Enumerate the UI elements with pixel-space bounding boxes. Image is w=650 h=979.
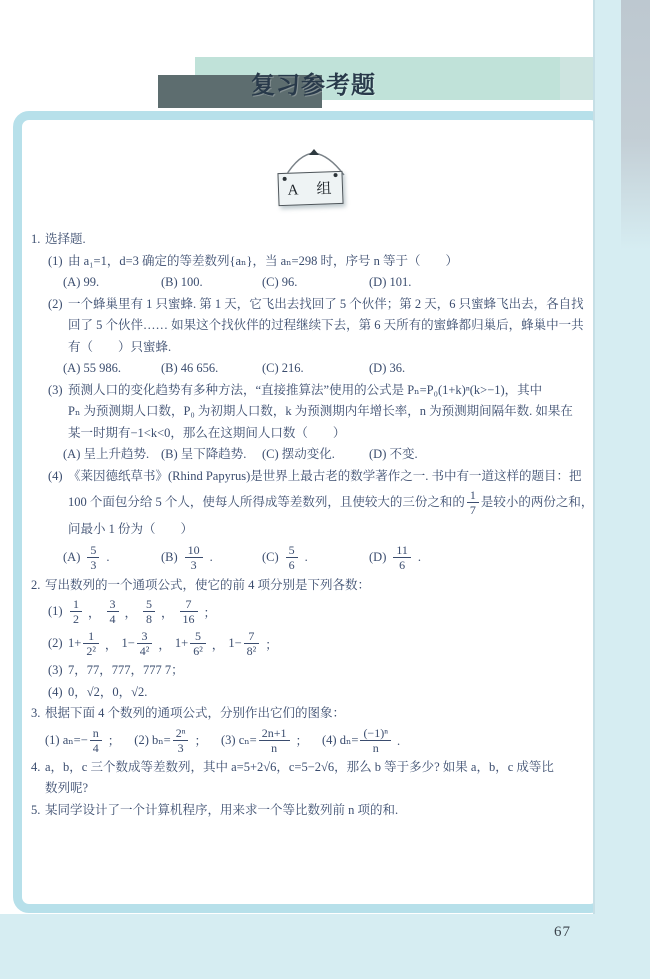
- formula-pre: (1) aₙ=−: [45, 730, 88, 752]
- denominator: n: [360, 740, 391, 755]
- semicolon: ；: [204, 603, 217, 627]
- problem-1: 1. 选择题. (1) 由 a₁=1，d=3 确定的等差数列{aₙ}，当 aₙ=…: [28, 229, 603, 575]
- p2-s1-sequence: 12 ， 34 ， 58 ， 716 ；: [68, 596, 603, 628]
- p2-item-4: (4) 0，√2，0，√2.: [68, 682, 603, 704]
- fraction: 12²: [83, 630, 99, 658]
- p2-title: 写出数列的一个通项公式，使它的前 4 项分别是下列各数：: [45, 575, 603, 597]
- item-marker: (2): [48, 633, 63, 655]
- page-title: 复习参考题: [251, 65, 376, 100]
- problem-5: 5. 某同学设计了一个计算机程序，用来求一个等比数列前 n 项的和.: [28, 800, 603, 822]
- option-c: (C) 56 .: [262, 544, 369, 572]
- text-segment: 是较小的两份之和，: [481, 492, 594, 514]
- problem-3: 3. 根据下面 4 个数列的通项公式，分别作出它们的图象： (1) aₙ=− n…: [28, 703, 603, 757]
- text-segment: 100 个面包分给 5 个人，使每人所得成等差数列，且使较大的三份之和的: [68, 492, 465, 514]
- denominator: 8: [143, 611, 155, 626]
- item-marker: (1): [48, 601, 63, 623]
- p1-s1-text: 由 a₁=1，d=3 确定的等差数列{aₙ}，当 aₙ=298 时，序号 n 等…: [68, 251, 603, 273]
- item-marker: (2): [48, 294, 63, 316]
- numerator: 7: [180, 598, 198, 611]
- fraction: 2n+1n: [259, 727, 290, 755]
- numerator: 5: [286, 544, 298, 557]
- numerator: n: [90, 727, 102, 740]
- text-segment: 1−: [228, 633, 241, 655]
- text-segment: 1+: [175, 633, 188, 655]
- p1-item-3: (3) 预测人口的变化趋势有多种方法，“直接推算法”使用的公式是 Pₙ=P₀(1…: [68, 380, 603, 466]
- denominator: 6²: [190, 643, 206, 658]
- semicolon: ；: [265, 635, 278, 659]
- fraction: 56²: [190, 630, 206, 658]
- option-b: (B) 呈下降趋势.: [161, 444, 262, 466]
- fraction: 34²: [137, 630, 153, 658]
- denominator: 4²: [137, 643, 153, 658]
- denominator: 8²: [244, 643, 260, 658]
- formula-pre: (3) cₙ=: [221, 730, 257, 752]
- numerator: 3: [107, 598, 119, 611]
- denominator: 3: [87, 557, 99, 572]
- p3-title: 根据下面 4 个数列的通项公式，分别作出它们的图象：: [45, 703, 603, 725]
- fraction: 78²: [244, 630, 260, 658]
- semicolon: ；: [108, 731, 121, 755]
- p1-s4-line1: 《莱因德纸草书》(Rhind Papyrus)是世界上最古老的数学著作之一. 书…: [68, 466, 603, 488]
- page-edge-shadow: [621, 0, 650, 250]
- option-tail: .: [305, 547, 308, 569]
- p1-s1-options: (A) 99.(B) 100.(C) 96.(D) 101.: [63, 272, 603, 294]
- option-b: (B) 100.: [161, 272, 262, 294]
- semicolon: ；: [194, 731, 207, 755]
- fraction: 34: [107, 598, 119, 626]
- item-marker: (4): [48, 466, 63, 488]
- option-tail: .: [210, 547, 213, 569]
- denominator: 7: [467, 502, 479, 517]
- option-a: (A) 呈上升趋势.: [63, 444, 161, 466]
- p1-item-4: (4) 《莱因德纸草书》(Rhind Papyrus)是世界上最古老的数学著作之…: [68, 466, 603, 575]
- fraction: 116: [393, 544, 411, 572]
- text-segment: 1−: [121, 633, 134, 655]
- denominator: 2²: [83, 643, 99, 658]
- option-tail: .: [106, 547, 109, 569]
- denominator: 6: [286, 557, 298, 572]
- option-a: (A) 99.: [63, 272, 161, 294]
- option-label: (D): [369, 547, 386, 569]
- p1-title: 选择题.: [45, 229, 603, 251]
- numerator: 1: [467, 489, 479, 502]
- p4-line2: 数列呢?: [45, 778, 603, 800]
- formula-pre: (4) dₙ=: [322, 730, 358, 752]
- p1-s3-options: (A) 呈上升趋势.(B) 呈下降趋势.(C) 摆动变化.(D) 不变.: [63, 444, 603, 466]
- numerator: 7: [244, 630, 260, 643]
- problem-2: 2. 写出数列的一个通项公式，使它的前 4 项分别是下列各数： (1) 12 ，…: [28, 575, 603, 704]
- p1-s4-line3: 问最小 1 份为（ ）: [68, 519, 603, 541]
- p2-item-1: (1) 12 ， 34 ， 58 ， 716 ；: [68, 596, 603, 628]
- numerator: 2ⁿ: [173, 727, 189, 740]
- item-marker: (1): [48, 251, 63, 273]
- denominator: 6: [393, 557, 411, 572]
- option-b: (B) 103 .: [161, 544, 262, 572]
- option-c: (C) 摆动变化.: [262, 444, 369, 466]
- option-d: (D) 116 .: [369, 544, 421, 572]
- option-b: (B) 46 656.: [161, 358, 262, 380]
- option-d: (D) 101.: [369, 272, 411, 294]
- fraction: 716: [180, 598, 198, 626]
- comma: ，: [105, 635, 118, 659]
- p2-item-2: (2) 1+ 12² ， 1− 34² ， 1+ 56² ， 1− 78² ；: [68, 628, 603, 660]
- p1-item-2: (2) 一个蜂巢里有 1 只蜜蜂. 第 1 天，它飞出去找回了 5 个伙伴；第 …: [68, 294, 603, 380]
- p2-s4-sequence: 0，√2，0，√2.: [68, 682, 603, 704]
- p2-item-3: (3) 7，77，777，777 7；: [68, 660, 603, 682]
- item-marker: (3): [48, 660, 63, 682]
- p1-s3-line1: 预测人口的变化趋势有多种方法，“直接推算法”使用的公式是 Pₙ=P₀(1+k)ⁿ…: [68, 380, 603, 402]
- p2-s3-sequence: 7，77，777，777 7；: [68, 660, 603, 682]
- formula-pre: (2) bₙ=: [134, 730, 170, 752]
- page-number: 67: [554, 924, 571, 941]
- p1-s2-options: (A) 55 986.(B) 46 656.(C) 216.(D) 36.: [63, 358, 603, 380]
- option-a: (A) 55 986.: [63, 358, 161, 380]
- comma: ，: [88, 603, 101, 627]
- bottom-margin-band: [0, 914, 650, 979]
- p5-text: 某同学设计了一个计算机程序，用来求一个等比数列前 n 项的和.: [45, 800, 603, 822]
- numerator: 1: [70, 598, 82, 611]
- fraction: 58: [143, 598, 155, 626]
- problem-number: 5.: [31, 800, 40, 822]
- option-c: (C) 216.: [262, 358, 369, 380]
- denominator: 3: [173, 740, 189, 755]
- denominator: 3: [185, 557, 203, 572]
- p1-s3-line2: Pₙ 为预测期人口数，P₀ 为初期人口数，k 为预测期内年增长率，n 为预测期间…: [68, 401, 603, 423]
- pin-icon: [283, 177, 287, 181]
- option-tail: .: [418, 547, 421, 569]
- option-d: (D) 不变.: [369, 444, 418, 466]
- comma: ，: [125, 603, 138, 627]
- denominator: n: [259, 740, 290, 755]
- p1-item-1: (1) 由 a₁=1，d=3 确定的等差数列{aₙ}，当 aₙ=298 时，序号…: [68, 251, 603, 294]
- comma: ，: [212, 635, 225, 659]
- option-c: (C) 96.: [262, 272, 369, 294]
- p1-s4-line2: 100 个面包分给 5 个人，使每人所得成等差数列，且使较大的三份之和的 17 …: [68, 487, 603, 519]
- numerator: (−1)ⁿ: [360, 727, 391, 740]
- header-mint-band-light: [560, 57, 596, 100]
- sign-placard: A 组: [277, 171, 343, 206]
- fraction: 56: [286, 544, 298, 572]
- comma: ，: [161, 603, 174, 627]
- numerator: 3: [137, 630, 153, 643]
- numerator: 11: [393, 544, 411, 557]
- option-a: (A) 53 .: [63, 544, 161, 572]
- semicolon: ；: [296, 731, 309, 755]
- group-a-sign: A 组: [274, 146, 354, 212]
- numerator: 2n+1: [259, 727, 290, 740]
- p1-s4-options: (A) 53 . (B) 103 . (C) 56 .: [63, 541, 603, 575]
- p1-s2-line3: 有（ ）只蜜蜂.: [68, 337, 603, 359]
- problems-content: 1. 选择题. (1) 由 a₁=1，d=3 确定的等差数列{aₙ}，当 aₙ=…: [28, 229, 603, 821]
- option-label: (C): [262, 547, 279, 569]
- problem-number: 4.: [31, 757, 40, 779]
- option-label: (A): [63, 547, 80, 569]
- item-marker: (4): [48, 682, 63, 704]
- problem-4: 4. a，b，c 三个数成等差数列，其中 a=5+2√6，c=5−2√6，那么 …: [28, 757, 603, 800]
- problem-number: 3.: [31, 703, 40, 725]
- denominator: 2: [70, 611, 82, 626]
- fraction: n4: [90, 727, 102, 755]
- textbook-page: 复习参考题 A 组 1. 选择题. (1) 由 a₁=1，d=3 确定的等差数列…: [0, 0, 650, 979]
- p3-formulas: (1) aₙ=− n4 ； (2) bₙ= 2ⁿ3 ； (3) cₙ= 2n+1…: [45, 725, 603, 757]
- denominator: 4: [90, 740, 102, 755]
- p1-s2-line1: 一个蜂巢里有 1 只蜜蜂. 第 1 天，它飞出去找回了 5 个伙伴；第 2 天，…: [68, 294, 603, 316]
- fraction: 53: [87, 544, 99, 572]
- p1-s2-line2: 回了 5 个伙伴…… 如果这个找伙伴的过程继续下去，第 6 天所有的蜜蜂都归巢后…: [68, 315, 603, 337]
- fraction: 2ⁿ3: [173, 727, 189, 755]
- option-d: (D) 36.: [369, 358, 405, 380]
- fraction: 103: [185, 544, 203, 572]
- p4-line1: a，b，c 三个数成等差数列，其中 a=5+2√6，c=5−2√6，那么 b 等…: [45, 757, 603, 779]
- pin-icon: [333, 173, 337, 177]
- fraction: 12: [70, 598, 82, 626]
- fraction: (−1)ⁿn: [360, 727, 391, 755]
- sign-label: A 组: [287, 177, 334, 200]
- denominator: 16: [180, 611, 198, 626]
- problem-number: 1.: [31, 229, 40, 251]
- period: .: [397, 731, 400, 755]
- denominator: 4: [107, 611, 119, 626]
- comma: ，: [158, 635, 171, 659]
- fraction: 17: [467, 489, 479, 517]
- problem-number: 2.: [31, 575, 40, 597]
- p1-s3-line3: 某一时期有−1<k<0，那么在这期间人口数（ ）: [68, 423, 603, 445]
- numerator: 1: [83, 630, 99, 643]
- p2-s2-sequence: 1+ 12² ， 1− 34² ， 1+ 56² ， 1− 78² ；: [68, 628, 603, 660]
- numerator: 5: [190, 630, 206, 643]
- item-marker: (3): [48, 380, 63, 402]
- numerator: 10: [185, 544, 203, 557]
- numerator: 5: [87, 544, 99, 557]
- numerator: 5: [143, 598, 155, 611]
- text-segment: 1+: [68, 633, 81, 655]
- option-label: (B): [161, 547, 178, 569]
